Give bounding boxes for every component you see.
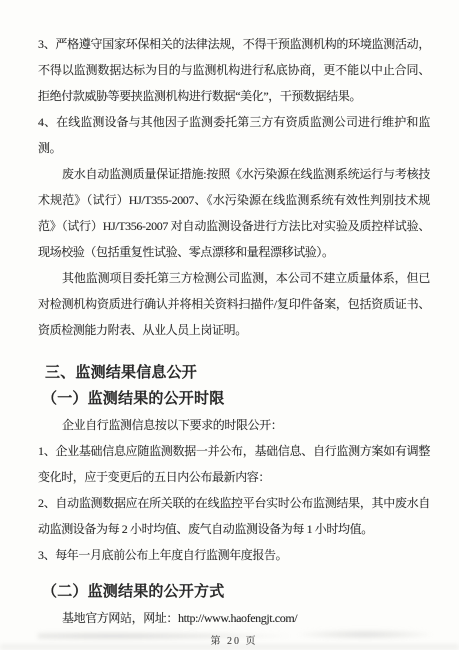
para-rule-item-4: 4、在线监测设备与其他因子监测委托第三方有资质监测公司进行维护和监测。 xyxy=(38,109,430,161)
para-third-party-monitoring: 其他监测项目委托第三方检测公司监测，本公司不建立质量体系，但已对检测机构资质进行… xyxy=(38,265,430,343)
para-disclosure-item-3: 3、每年一月底前公布上年度自行监测年度报告。 xyxy=(38,542,430,568)
document-page: 3、严格遵守国家环保相关的法律法规，不得干预监测机构的环境监测活动，不得以监测数… xyxy=(0,0,459,650)
subsection-1-heading: （一）监测结果的公开时限 xyxy=(42,386,430,412)
para-disclosure-item-1: 1、企业基础信息应随监测数据一并公布，基础信息、自行监测方案如有调整变化时，应于… xyxy=(38,438,430,490)
para-wastewater-qa: 废水自动监测质量保证措施:按照《水污染源在线监测系统运行与考核技术规范》（试行）… xyxy=(38,161,430,265)
para-disclosure-intro: 企业自行监测信息按以下要求的时限公开： xyxy=(38,412,430,438)
para-rule-item-3: 3、严格遵守国家环保相关的法律法规，不得干预监测机构的环境监测活动，不得以监测数… xyxy=(38,31,430,109)
page-number: 第 20 页 xyxy=(38,635,430,649)
subsection-2-heading: （二）监测结果的公开方式 xyxy=(42,579,430,605)
para-official-website: 基地官方网站，网址：http://www.haofengjt.com/ xyxy=(38,605,430,631)
para-disclosure-item-2: 2、自动监测数据应在所关联的在线监控平台实时公布监测结果，其中废水自动监测设备为… xyxy=(38,490,430,542)
section-3-heading: 三、监测结果信息公开 xyxy=(45,360,430,386)
